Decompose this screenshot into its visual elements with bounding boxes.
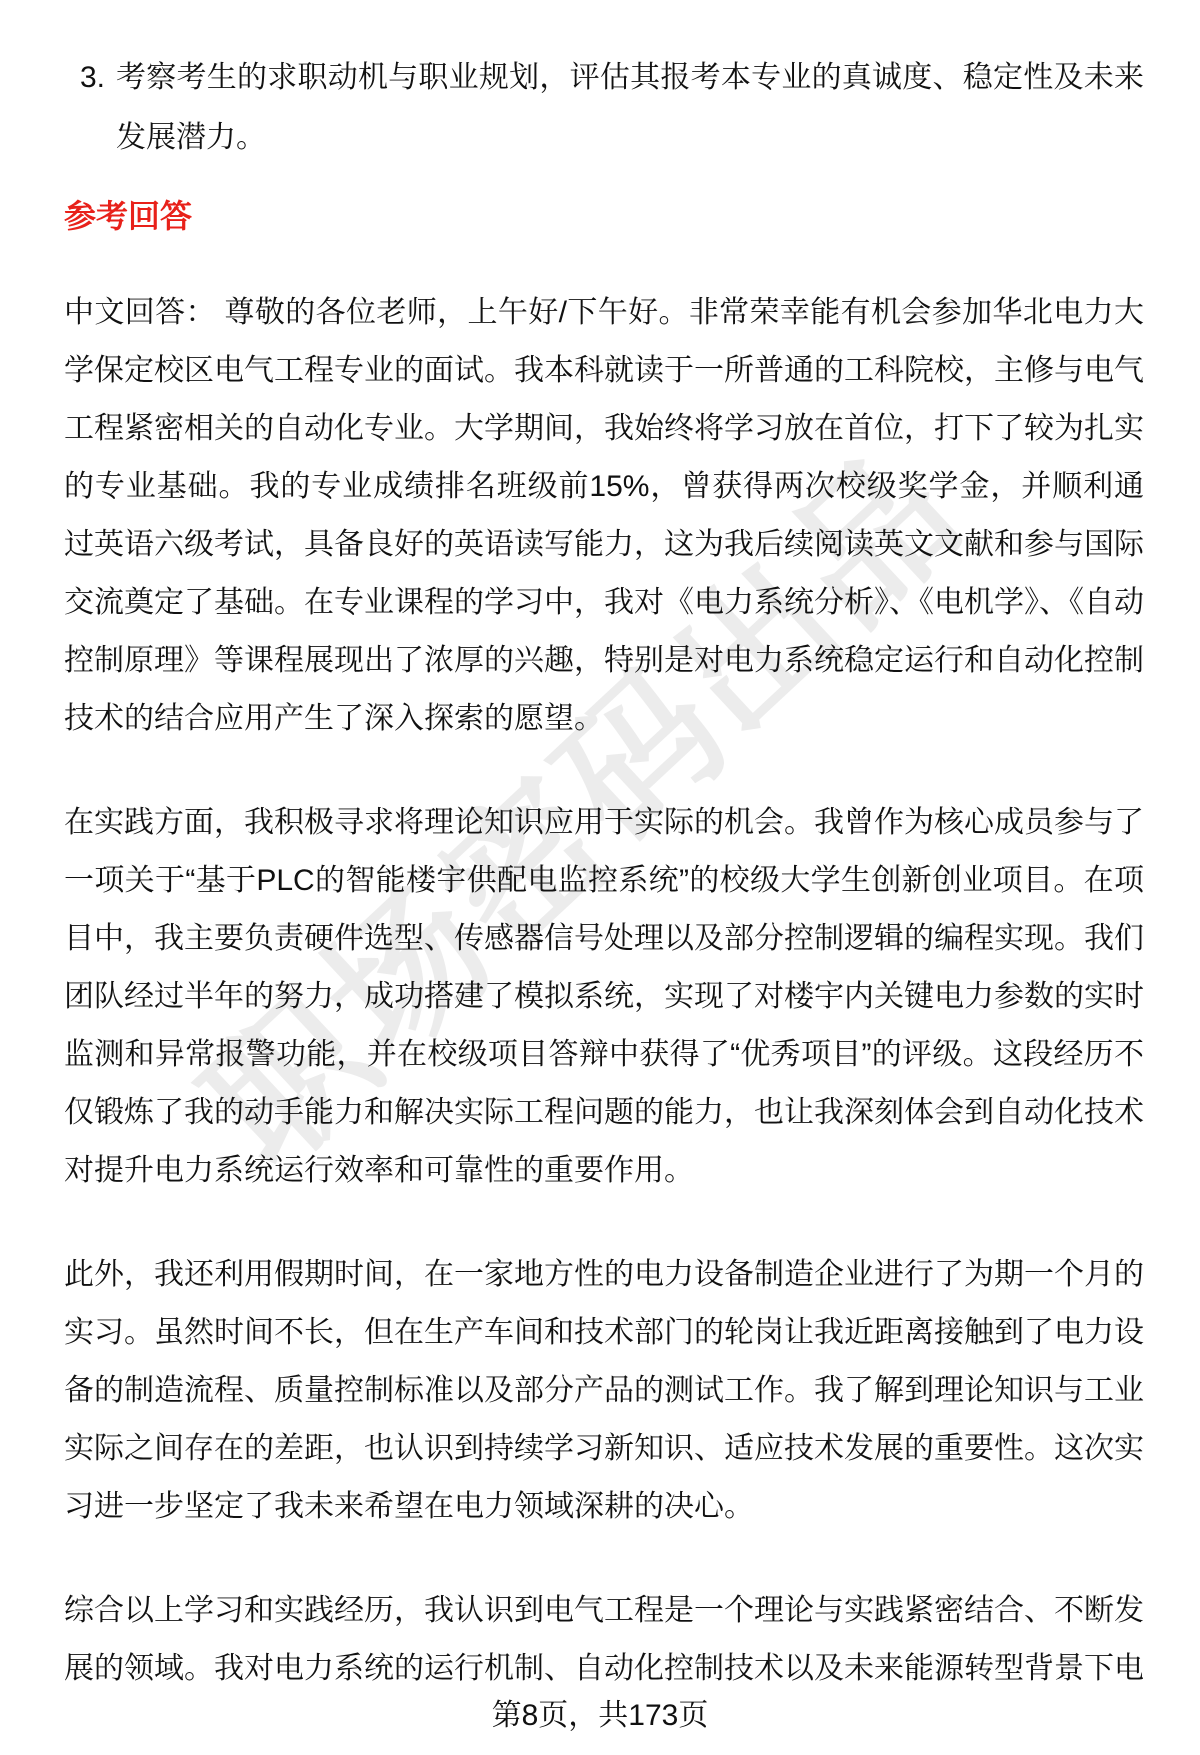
document-page: 职场密码出品 3. 考察考生的求职动机与职业规划，评估其报考本专业的真诚度、稳定… (0, 0, 1200, 1755)
paragraph-practice-experience: 在实践方面，我积极寻求将理论知识应用于实际的机会。我曾作为核心成员参与了一项关于… (64, 794, 1144, 1200)
paragraph-internship-experience: 此外，我还利用假期时间，在一家地方性的电力设备制造企业进行了为期一个月的实习。虽… (64, 1246, 1144, 1536)
paragraph-summary: 综合以上学习和实践经历，我认识到电气工程是一个理论与实践紧密结合、不断发展的领域… (64, 1582, 1144, 1698)
numbered-list-item: 3. 考察考生的求职动机与职业规划，评估其报考本专业的真诚度、稳定性及未来发展潜… (64, 48, 1144, 168)
paragraph-chinese-answer-intro: 中文回答： 尊敬的各位老师，上午好/下午好。非常荣幸能有机会参加华北电力大学保定… (64, 284, 1144, 748)
page-number-footer: 第8页，共173页 (0, 1697, 1200, 1735)
section-heading-reference-answer: 参考回答 (64, 194, 1144, 238)
list-item-text: 考察考生的求职动机与职业规划，评估其报考本专业的真诚度、稳定性及未来发展潜力。 (116, 48, 1144, 168)
page-content: 3. 考察考生的求职动机与职业规划，评估其报考本专业的真诚度、稳定性及未来发展潜… (0, 0, 1200, 1698)
list-item-number: 3. (80, 48, 116, 168)
